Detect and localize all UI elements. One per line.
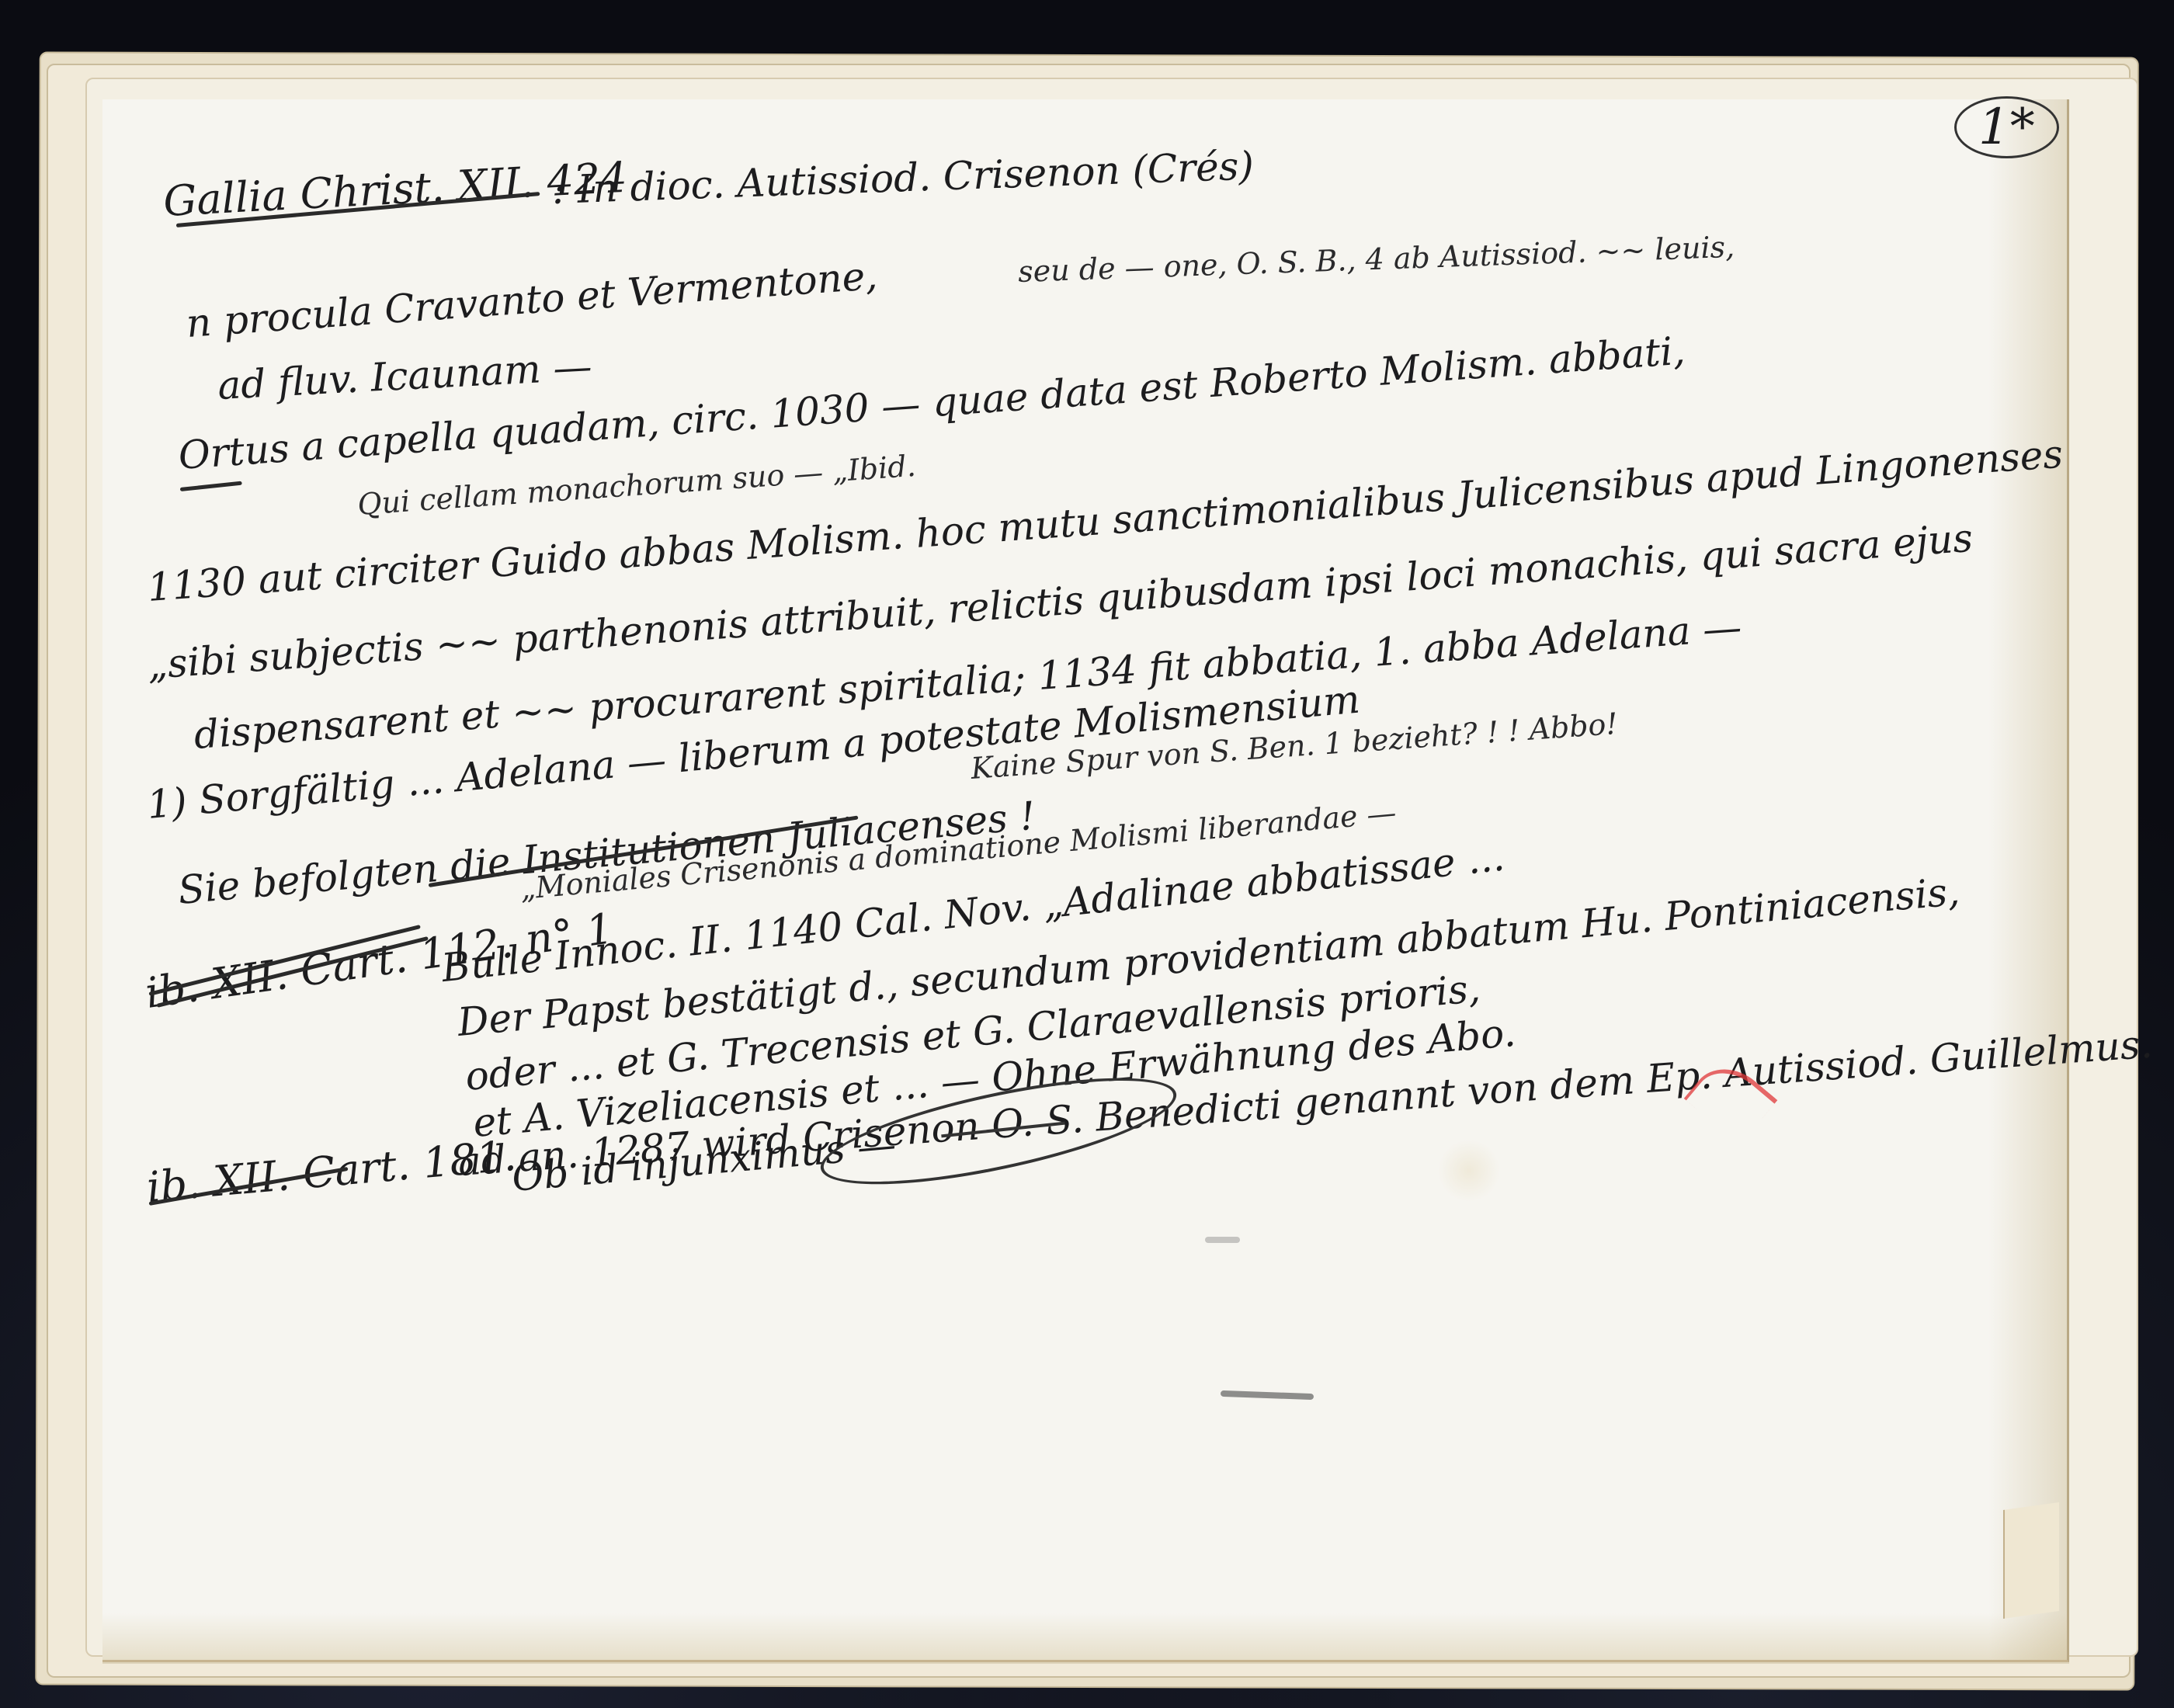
page-number: 1* [1954, 96, 2059, 158]
folded-page-corner [2003, 1502, 2059, 1619]
heading-continuation: seu de — one, O. S. B., 4 ab Autissiod. … [1017, 230, 1735, 289]
footnote-marker: 1) [145, 779, 189, 828]
pencil-smudge [1221, 1390, 1314, 1400]
text-line: Ortus a capella quadam, circ. 1030 — qua… [177, 328, 1686, 478]
prefix-underline [180, 481, 242, 491]
text-line: ad fluv. Icaunam — [217, 344, 593, 408]
line-prefix: Ortus [177, 425, 291, 478]
text-line: n procula Cravanto et Vermentone, [185, 253, 879, 346]
pencil-smudge [1205, 1237, 1240, 1243]
heading-text: : In dioc. Autissiod. Crisenon (Crés) [551, 143, 1255, 213]
manuscript-page: 1* Gallia Christ. XII. 424 : In dioc. Au… [102, 99, 2069, 1662]
